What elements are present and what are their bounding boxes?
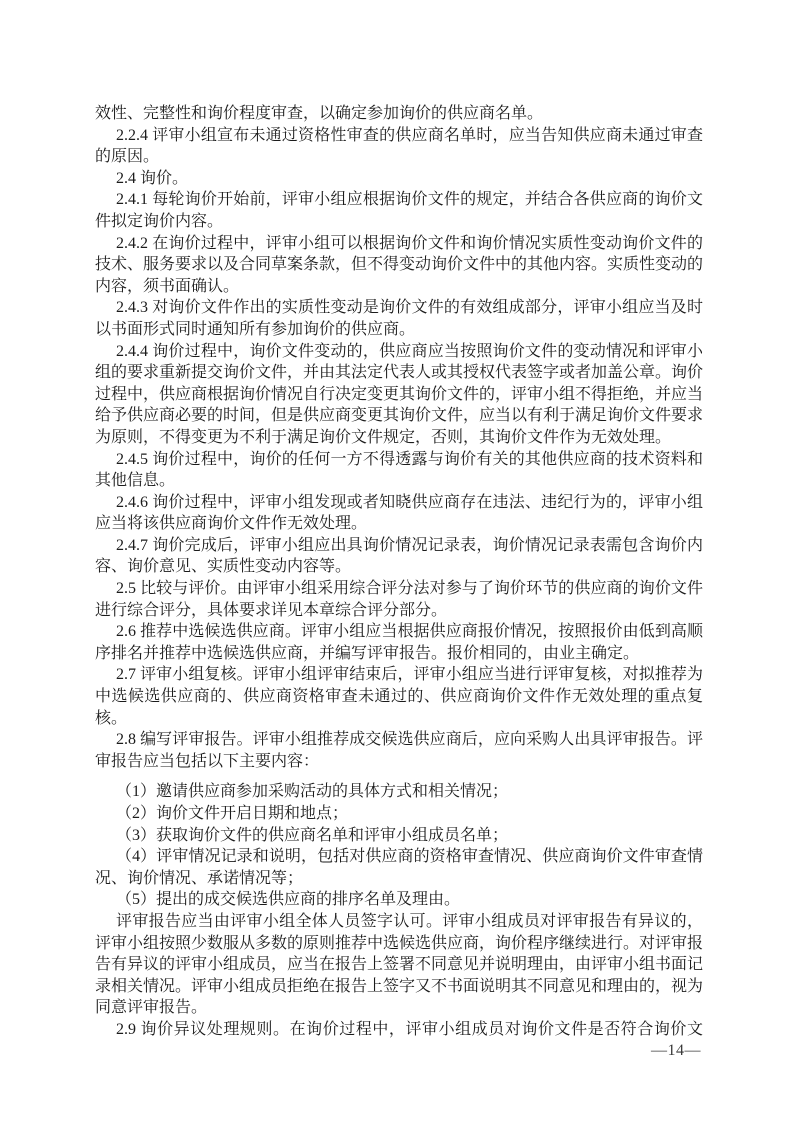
paragraph: 2.9 询价异议处理规则。在询价过程中，评审小组成员对询价文件是否符合询价文 [95, 1019, 703, 1041]
list-item: （3）获取询价文件的供应商名单和评审小组成员名单； [95, 825, 703, 847]
paragraph: 2.4.5 询价过程中，询价的任何一方不得透露与询价有关的其他供应商的技术资料和… [95, 449, 703, 492]
paragraph: 2.4.4 询价过程中，询价文件变动的，供应商应当按照询价文件的变动情况和评审小… [95, 341, 703, 449]
list-item: （1）邀请供应商参加采购活动的具体方式和相关情况； [95, 781, 703, 803]
list-item: （2）询价文件开启日期和地点； [95, 803, 703, 825]
paragraph: 2.6 推荐中选候选供应商。评审小组应当根据供应商报价情况，按照报价由低到高顺序… [95, 621, 703, 664]
paragraph: 2.4.2 在询价过程中，评审小组可以根据询价文件和询价情况实质性变动询价文件的… [95, 233, 703, 298]
paragraph: 2.5 比较与评价。由评审小组采用综合评分法对参与了询价环节的供应商的询价文件进… [95, 578, 703, 621]
paragraph: 2.4.7 询价完成后，评审小组应出具询价情况记录表，询价情况记录表需包含询价内… [95, 535, 703, 578]
paragraph: 效性、完整性和询价程度审查，以确定参加询价的供应商名单。 [95, 103, 703, 125]
paragraph: 2.2.4 评审小组宣布未通过资格性审查的供应商名单时，应当告知供应商未通过审查… [95, 125, 703, 168]
paragraph: 2.4.6 询价过程中，评审小组发现或者知晓供应商存在违法、违纪行为的，评审小组… [95, 492, 703, 535]
paragraph: 2.8 编写评审报告。评审小组推荐成交候选供应商后，应向采购人出具评审报告。评审… [95, 729, 703, 772]
list-item: （5）提出的成交候选供应商的排序名单及理由。 [95, 889, 703, 911]
paragraph: 2.4.3 对询价文件作出的实质性变动是询价文件的有效组成部分，评审小组应当及时… [95, 297, 703, 340]
document-page: 效性、完整性和询价程度审查，以确定参加询价的供应商名单。 2.2.4 评审小组宣… [0, 0, 793, 1122]
page-number: —14— [651, 1040, 701, 1062]
document-body: 效性、完整性和询价程度审查，以确定参加询价的供应商名单。 2.2.4 评审小组宣… [95, 103, 703, 1041]
paragraph: 评审报告应当由评审小组全体人员签字认可。评审小组成员对评审报告有异议的，评审小组… [95, 911, 703, 1019]
paragraph: 2.4 询价。 [95, 168, 703, 190]
paragraph: 2.7 评审小组复核。评审小组评审结束后，评审小组应当进行评审复核，对拟推荐为中… [95, 664, 703, 729]
list-item: （4）评审情况记录和说明，包括对供应商的资格审查情况、供应商询价文件审查情况、询… [95, 846, 703, 889]
paragraph: 2.4.1 每轮询价开始前，评审小组应根据询价文件的规定，并结合各供应商的询价文… [95, 189, 703, 232]
